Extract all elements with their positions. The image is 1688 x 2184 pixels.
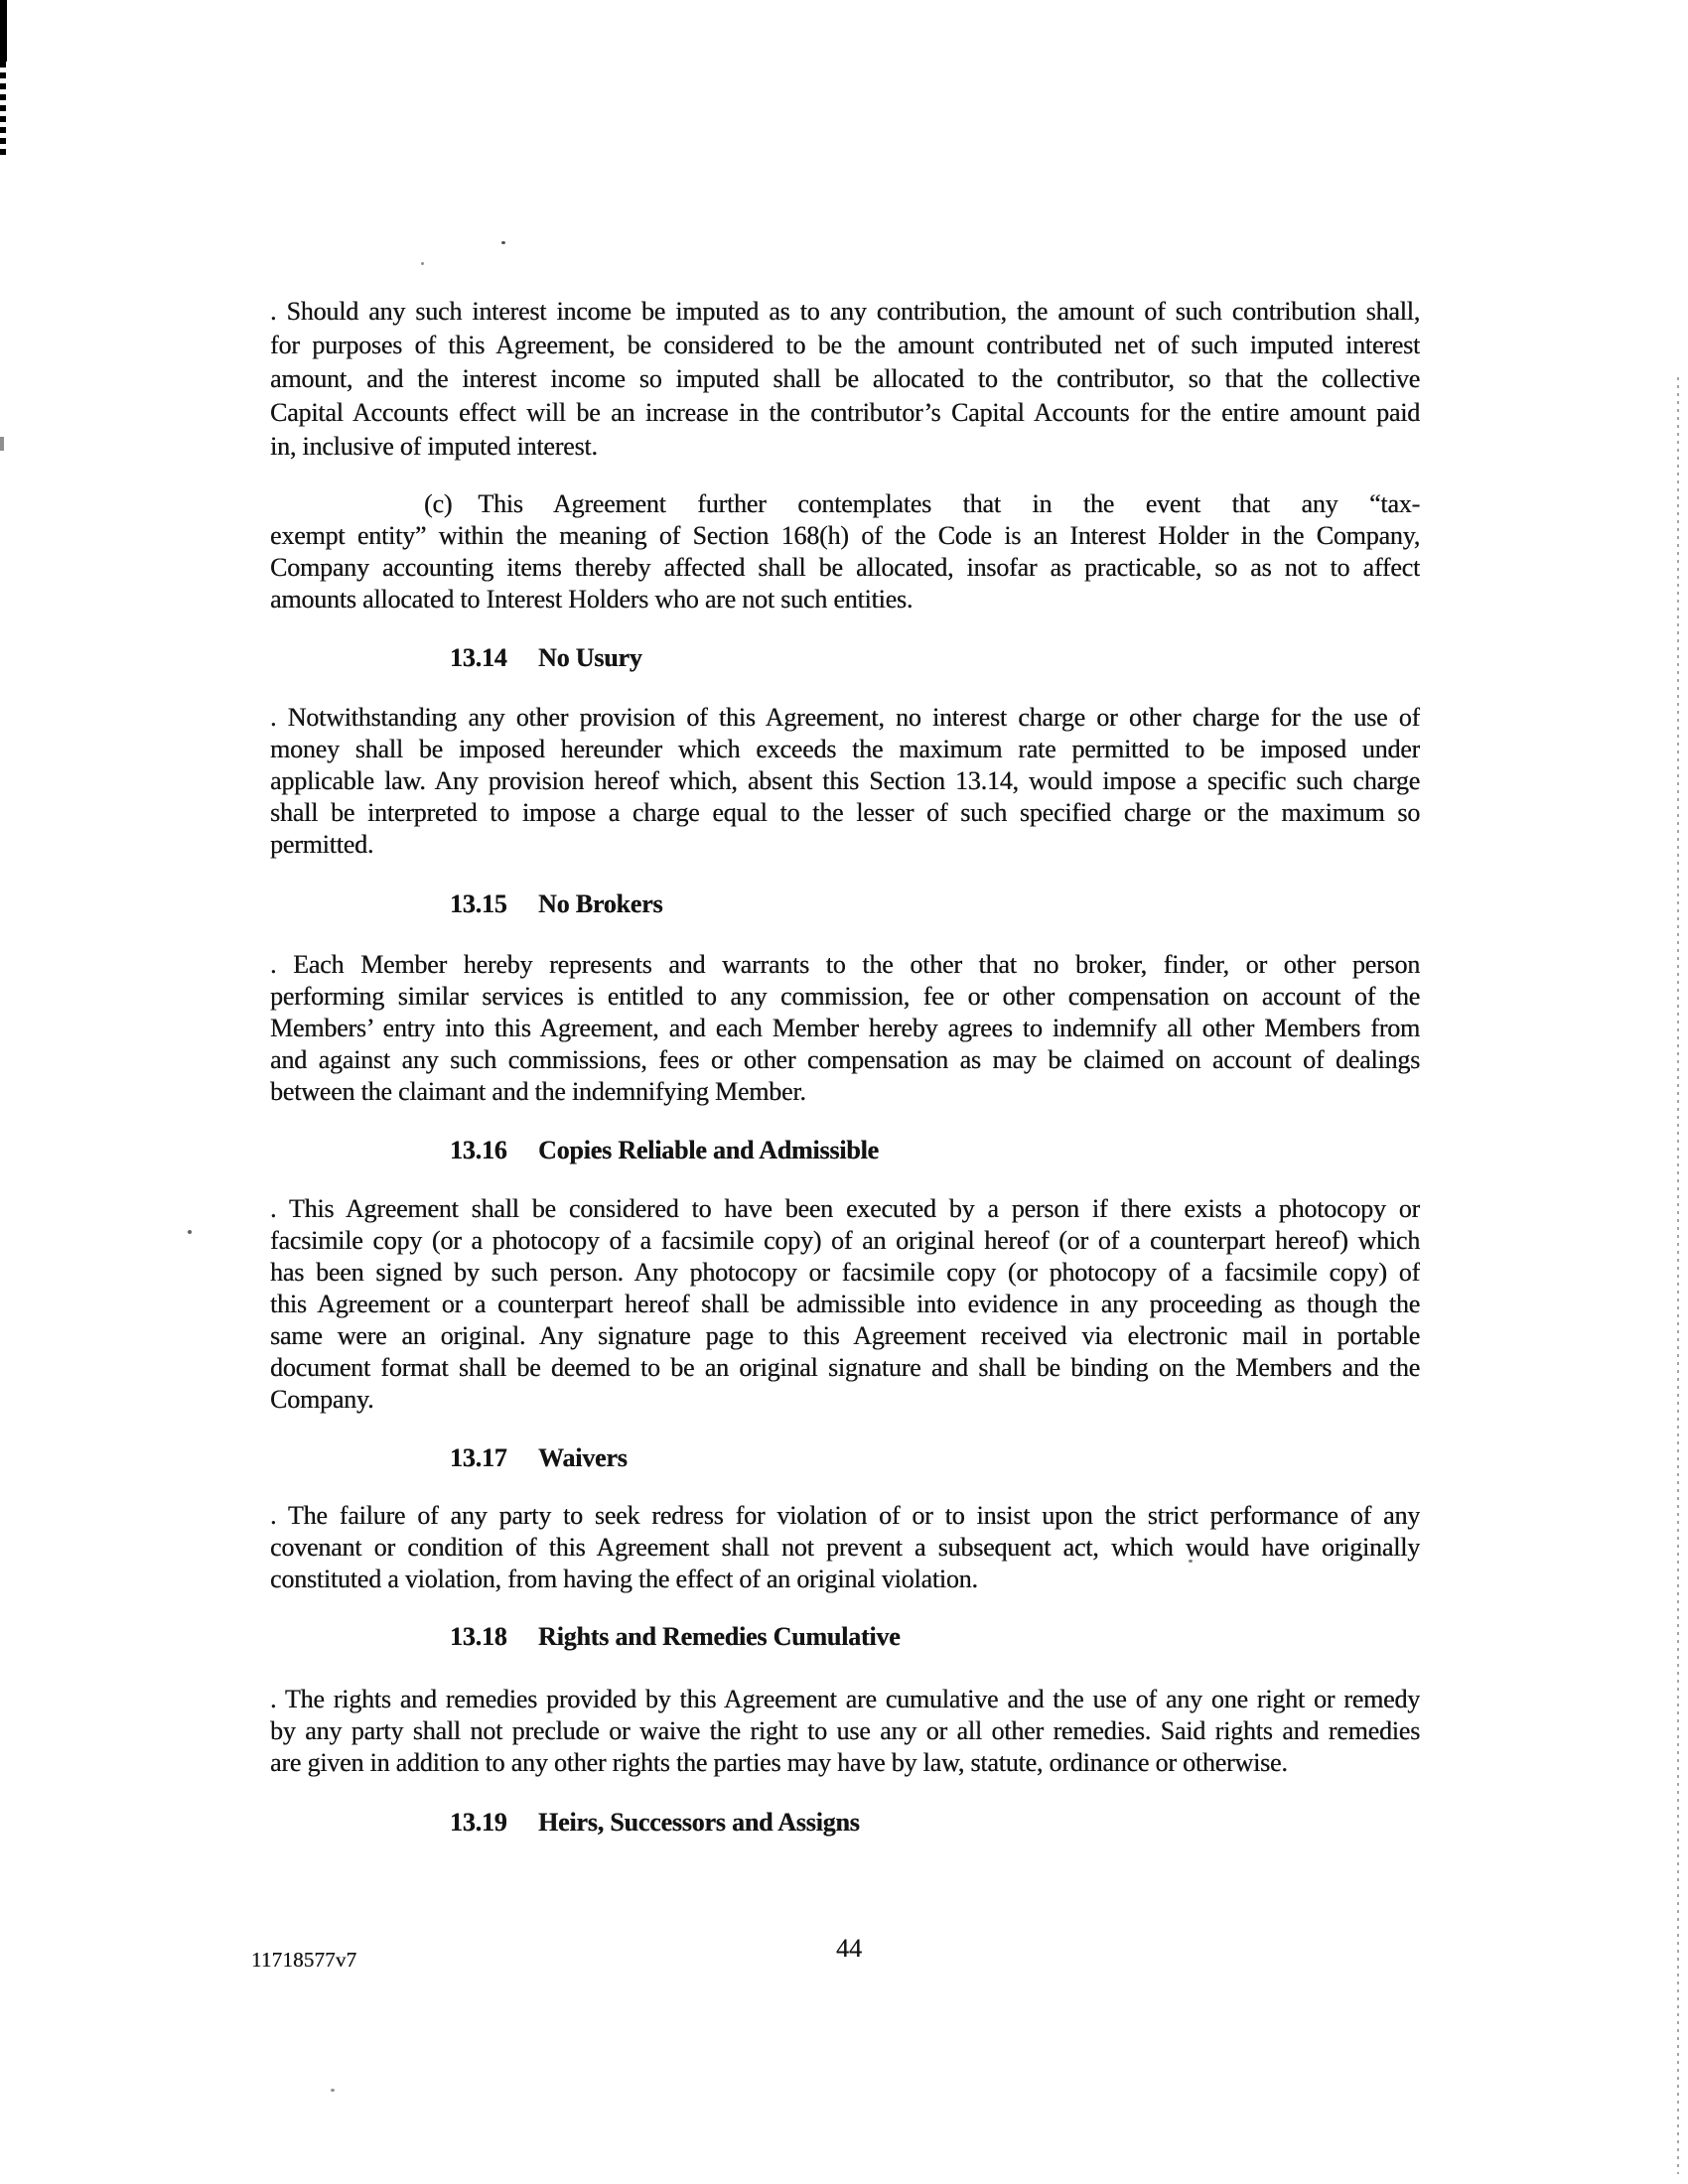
paragraph: . This Agreement shall be considered to … — [270, 1193, 1420, 1416]
text-line: and against any such commissions, fees o… — [270, 1044, 1420, 1076]
section-heading: 13.18Rights and Remedies Cumulative — [270, 1620, 1600, 1654]
text-line: . Should any such interest income be imp… — [270, 295, 1420, 329]
text-line: between the claimant and the indemnifyin… — [270, 1076, 1420, 1108]
text-line: by any party shall not preclude or waive… — [270, 1715, 1420, 1747]
heading-number: 13.19 — [450, 1806, 538, 1840]
text-line: amounts allocated to Interest Holders wh… — [270, 584, 1420, 615]
text-line: applicable law. Any provision hereof whi… — [270, 765, 1420, 797]
heading-title: No Usury — [538, 643, 642, 672]
text-line: performing similar services is entitled … — [270, 981, 1420, 1013]
text-line: are given in addition to any other right… — [270, 1747, 1420, 1779]
paragraph: . The rights and remedies provided by th… — [270, 1684, 1420, 1779]
heading-number: 13.14 — [450, 641, 538, 675]
scan-speck — [331, 2089, 335, 2092]
text-line: (c)This Agreement further contemplates t… — [270, 488, 1420, 520]
paragraph: (c)This Agreement further contemplates t… — [270, 488, 1420, 615]
text-line: . Notwithstanding any other provision of… — [270, 702, 1420, 734]
scan-perforation-dots — [1677, 377, 1679, 2174]
section-heading: 13.14No Usury — [270, 641, 1600, 675]
text-line: . The rights and remedies provided by th… — [270, 1684, 1420, 1715]
text-line: . The failure of any party to seek redre… — [270, 1500, 1420, 1532]
heading-title: No Brokers — [538, 889, 662, 918]
text-line: permitted. — [270, 829, 1420, 861]
heading-title: Rights and Remedies Cumulative — [538, 1622, 901, 1651]
text-line: has been signed by such person. Any phot… — [270, 1257, 1420, 1289]
text-line: amount, and the interest income so imput… — [270, 362, 1420, 396]
heading-title: Copies Reliable and Admissible — [538, 1136, 879, 1164]
text-line: shall be interpreted to impose a charge … — [270, 797, 1420, 829]
text-line: exempt entity” within the meaning of Sec… — [270, 520, 1420, 552]
text-line: . This Agreement shall be considered to … — [270, 1193, 1420, 1225]
section-heading: 13.17Waivers — [270, 1441, 1600, 1475]
section-heading: 13.16Copies Reliable and Admissible — [270, 1134, 1600, 1167]
heading-number: 13.17 — [450, 1441, 538, 1475]
paragraph: . The failure of any party to seek redre… — [270, 1500, 1420, 1595]
text-line: . Each Member hereby represents and warr… — [270, 949, 1420, 981]
heading-number: 13.15 — [450, 887, 538, 921]
text-line: facsimile copy (or a photocopy of a facs… — [270, 1225, 1420, 1257]
heading-number: 13.18 — [450, 1620, 538, 1654]
clause-text: This Agreement further contemplates that… — [478, 489, 1420, 518]
text-line: same were an original. Any signature pag… — [270, 1320, 1420, 1352]
text-line: Company. — [270, 1384, 1420, 1416]
text-line: Members’ entry into this Agreement, and … — [270, 1013, 1420, 1044]
scan-speck — [501, 241, 505, 244]
text-line: money shall be imposed hereunder which e… — [270, 734, 1420, 765]
paragraph: . Should any such interest income be imp… — [270, 295, 1420, 464]
clause-label: (c) — [424, 489, 452, 518]
text-line: Capital Accounts effect will be an incre… — [270, 396, 1420, 430]
scan-edge-mark — [0, 437, 4, 451]
scan-speck — [188, 1230, 192, 1234]
section-heading: 13.19Heirs, Successors and Assigns — [270, 1806, 1600, 1840]
heading-title: Heirs, Successors and Assigns — [538, 1808, 860, 1837]
scan-speck — [421, 262, 424, 265]
section-heading: 13.15No Brokers — [270, 887, 1600, 921]
scan-edge-artifact — [0, 0, 7, 62]
text-line: this Agreement or a counterpart hereof s… — [270, 1289, 1420, 1320]
paragraph: . Notwithstanding any other provision of… — [270, 702, 1420, 861]
scan-edge-dashes — [0, 62, 6, 156]
text-line: Company accounting items thereby affecte… — [270, 552, 1420, 584]
text-line: for purposes of this Agreement, be consi… — [270, 329, 1420, 362]
page-number: 44 — [812, 1934, 886, 1964]
heading-number: 13.16 — [450, 1134, 538, 1167]
text-line: in, inclusive of imputed interest. — [270, 430, 1420, 464]
text-line: constituted a violation, from having the… — [270, 1564, 1420, 1595]
text-line: covenant or condition of this Agreement … — [270, 1532, 1420, 1564]
footer-doc-id: 11718577v7 — [251, 1948, 356, 1973]
text-line: document format shall be deemed to be an… — [270, 1352, 1420, 1384]
paragraph: . Each Member hereby represents and warr… — [270, 949, 1420, 1108]
heading-title: Waivers — [538, 1443, 628, 1472]
scanned-page: . Should any such interest income be imp… — [0, 0, 1688, 2184]
